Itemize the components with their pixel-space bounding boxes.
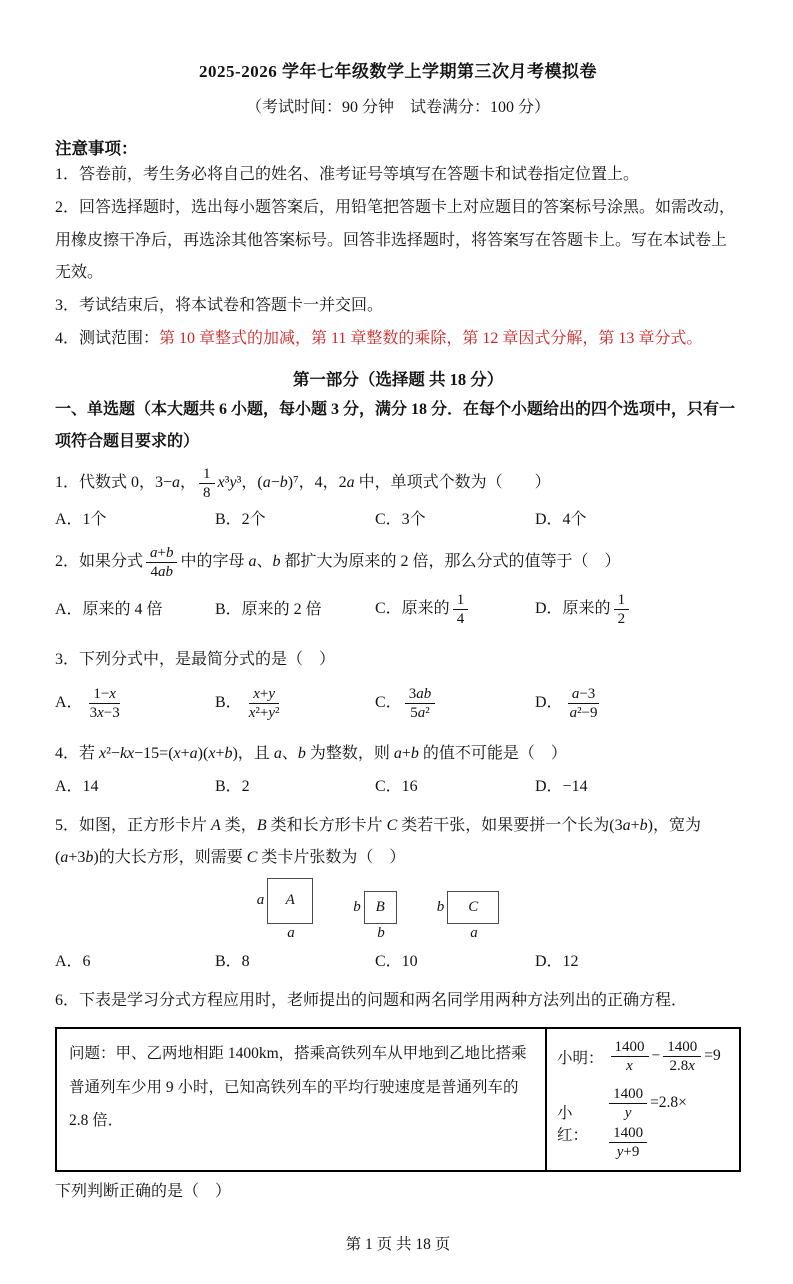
- question-4-option-a: A．14: [55, 770, 215, 804]
- problem-table: 问题：甲、乙两地相距 1400km，搭乘高铁列车从甲地到乙地比搭乘普通列车少用 …: [55, 1027, 741, 1172]
- card-b-side-label: b: [353, 899, 361, 916]
- equations-cell: 小明： 1400x−14002.8x=9 小红： 1400y=2.8×1400y…: [547, 1029, 739, 1170]
- card-c-shape: C: [447, 891, 499, 924]
- notice-item-1: 1．答卷前，考生务必将自己的姓名、准考证号等填写在答题卡和试卷指定位置上。: [55, 159, 741, 192]
- card-c-bottom-label: a: [470, 924, 478, 944]
- question-4-option-b: B．2: [215, 770, 375, 804]
- question-5-option-b: B．8: [215, 945, 375, 979]
- question-2-stem: 2．如果分式a+b4ab中的字母 a、b 都扩大为原来的 2 倍，那么分式的值等…: [55, 543, 741, 582]
- question-1-stem: 1．代数式 0，3−a，18x³y³，(a−b)⁷，4，2a 中，单项式个数为（…: [55, 464, 741, 503]
- card-a-letter: A: [286, 892, 295, 909]
- xiaohong-label: 小红：: [557, 1101, 602, 1145]
- question-4-stem: 4．若 x²−kx−15=(x+a)(x+b)，且 a、b 为整数，则 a+b …: [55, 738, 741, 770]
- question-3: 3．下列分式中，是最简分式的是（ ） A．1−x3x−3 B．x+yx²+y² …: [55, 644, 741, 732]
- question-5-option-c: C．10: [375, 945, 535, 979]
- question-6-prompt: 下列判断正确的是（ ）: [55, 1176, 741, 1208]
- question-5: 5．如图，正方形卡片 A 类，B 类和长方形卡片 C 类若干张，如果要拼一个长为…: [55, 810, 741, 980]
- question-4-option-c: C．16: [375, 770, 535, 804]
- notice-item-3: 3．考试结束后，将本试卷和答题卡一并交回。: [55, 290, 741, 323]
- question-2: 2．如果分式a+b4ab中的字母 a、b 都扩大为原来的 2 倍，那么分式的值等…: [55, 543, 741, 638]
- question-3-option-c: C．3ab5a²: [375, 684, 535, 723]
- question-6-stem: 6．下表是学习分式方程应用时，老师提出的问题和两名同学用两种方法列出的正确方程．: [55, 985, 741, 1017]
- card-a-shape: A: [267, 878, 313, 924]
- question-group-heading: 一、单选题（本大题共 6 小题，每小题 3 分，满分 18 分．在每个小题给出的…: [55, 394, 741, 458]
- exam-title: 2025-2026 学年七年级数学上学期第三次月考模拟卷: [55, 57, 741, 82]
- card-b-shape: B: [364, 891, 397, 924]
- question-1-option-c: C．3个: [375, 503, 535, 537]
- card-a-bottom-label: a: [287, 924, 295, 944]
- xiaoming-label: 小明：: [557, 1046, 604, 1068]
- notice-item-2: 2．回答选择题时，选出每小题答案后，用铅笔把答题卡上对应题目的答案标号涂黑。如需…: [55, 192, 741, 290]
- card-b-letter: B: [376, 899, 385, 916]
- question-1: 1．代数式 0，3−a，18x³y³，(a−b)⁷，4，2a 中，单项式个数为（…: [55, 464, 741, 537]
- problem-cell: 问题：甲、乙两地相距 1400km，搭乘高铁列车从甲地到乙地比搭乘普通列车少用 …: [57, 1029, 547, 1170]
- question-5-options: A．6 B．8 C．10 D．12: [55, 945, 741, 979]
- card-a-figure: a A a: [257, 878, 314, 944]
- question-3-option-b: B．x+yx²+y²: [215, 684, 375, 723]
- xiaohong-equation-row: 小红： 1400y=2.8×1400y+9: [557, 1084, 727, 1162]
- question-2-option-a: A．原来的 4 倍: [55, 593, 215, 627]
- question-1-option-d: D．4个: [535, 503, 741, 537]
- question-3-option-d: D．a−3a²−9: [535, 684, 741, 723]
- question-4: 4．若 x²−kx−15=(x+a)(x+b)，且 a、b 为整数，则 a+b …: [55, 738, 741, 804]
- question-2-option-b: B．原来的 2 倍: [215, 593, 375, 627]
- exam-info: （考试时间：90 分钟 试卷满分：100 分）: [55, 94, 741, 117]
- section-header: 第一部分（选择题 共 18 分）: [55, 366, 741, 390]
- notice-item-4-prefix: 4．测试范围：: [55, 330, 159, 347]
- card-c-figure: b C a: [437, 891, 500, 944]
- question-2-option-c: C．原来的14: [375, 590, 535, 629]
- card-c-side-label: b: [437, 899, 445, 916]
- question-1-options: A．1个 B．2个 C．3个 D．4个: [55, 503, 741, 537]
- question-4-option-d: D．−14: [535, 770, 741, 804]
- xiaoming-equation: 1400x−14002.8x=9: [608, 1037, 721, 1076]
- card-b-bottom-label: b: [377, 924, 385, 944]
- question-4-options: A．14 B．2 C．16 D．−14: [55, 770, 741, 804]
- xiaoming-equation-row: 小明： 1400x−14002.8x=9: [557, 1037, 727, 1076]
- notice-item-4: 4．测试范围：第 10 章整式的加减，第 11 章整数的乘除，第 12 章因式分…: [55, 323, 741, 356]
- card-c-letter: C: [468, 899, 478, 916]
- exam-scope-highlight: 第 10 章整式的加减，第 11 章整数的乘除，第 12 章因式分解，第 13 …: [159, 330, 702, 347]
- question-1-option-a: A．1个: [55, 503, 215, 537]
- question-1-option-b: B．2个: [215, 503, 375, 537]
- question-3-options: A．1−x3x−3 B．x+yx²+y² C．3ab5a² D．a−3a²−9: [55, 676, 741, 732]
- notice-heading: 注意事项：: [55, 135, 741, 159]
- page-number: 第 1 页 共 18 页: [55, 1232, 741, 1254]
- xiaohong-equation: 1400y=2.8×1400y+9: [606, 1084, 727, 1162]
- question-5-stem: 5．如图，正方形卡片 A 类，B 类和长方形卡片 C 类若干张，如果要拼一个长为…: [55, 810, 741, 874]
- question-2-options: A．原来的 4 倍 B．原来的 2 倍 C．原来的14 D．原来的12: [55, 582, 741, 638]
- card-figure: a A a b B b b: [55, 878, 701, 944]
- question-3-option-a: A．1−x3x−3: [55, 684, 215, 723]
- question-6: 6．下表是学习分式方程应用时，老师提出的问题和两名同学用两种方法列出的正确方程．…: [55, 985, 741, 1208]
- exam-page: 2025-2026 学年七年级数学上学期第三次月考模拟卷 （考试时间：90 分钟…: [0, 0, 793, 1284]
- question-5-option-d: D．12: [535, 945, 741, 979]
- question-2-option-d: D．原来的12: [535, 590, 741, 629]
- card-b-figure: b B b: [353, 891, 397, 944]
- card-a-side-label: a: [257, 892, 265, 909]
- question-3-stem: 3．下列分式中，是最简分式的是（ ）: [55, 644, 741, 676]
- question-5-option-a: A．6: [55, 945, 215, 979]
